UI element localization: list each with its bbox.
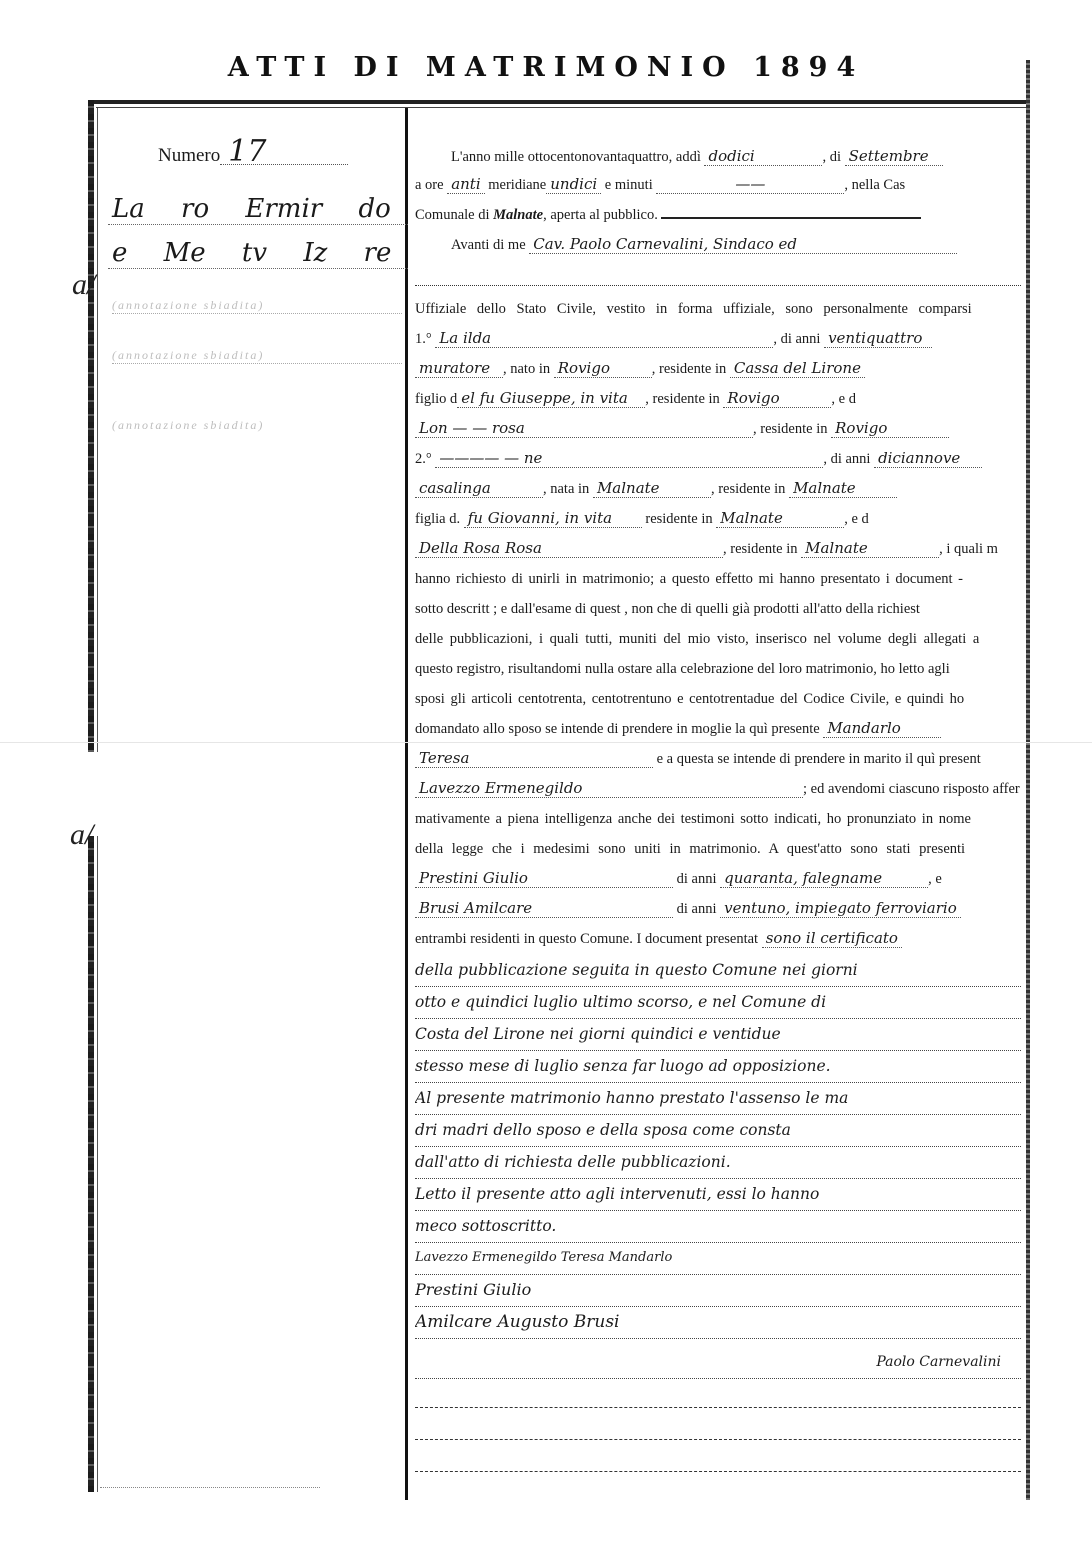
column-divider bbox=[405, 108, 408, 1500]
record-line: della legge che i medesimi sono uniti in… bbox=[415, 834, 1025, 864]
margin-names-line-2: e Me tv Iz re bbox=[108, 238, 408, 269]
printed-text: 2.° bbox=[415, 451, 432, 467]
margin-names-line-1: La ro Ermir do bbox=[108, 194, 408, 225]
record-line: Teresa e a questa se intende di prendere… bbox=[415, 744, 1025, 774]
record-line: Prestini Giulio di anni quaranta, falegn… bbox=[415, 864, 1025, 894]
printed-text: , e d bbox=[831, 391, 856, 407]
handwritten-father-residence: Malnate bbox=[716, 509, 844, 528]
margin-mark: a/ bbox=[72, 268, 95, 302]
frame-border-top-inner bbox=[96, 107, 1028, 108]
handwritten-month: Settembre bbox=[845, 147, 943, 166]
printed-text: e minuti bbox=[605, 177, 653, 193]
record-line: casalinga, nata in Malnate, residente in… bbox=[415, 474, 1025, 504]
printed-text: figlia d. bbox=[415, 511, 460, 527]
handwritten-groom-name: La ilda bbox=[435, 329, 773, 348]
printed-text: di anni bbox=[677, 901, 717, 917]
record-line: hanno richiesto di unirli in matrimonio;… bbox=[415, 564, 1025, 594]
printed-text: Comunale di bbox=[415, 207, 490, 223]
record-line: sotto descritt ; e dall'esame di quest ,… bbox=[415, 594, 1025, 624]
printed-text: , residente in bbox=[753, 421, 828, 437]
handwritten-documents: sono il certificato bbox=[762, 929, 902, 948]
handwritten-annotation-line: dall'atto di richiesta delle pubblicazio… bbox=[415, 1148, 1021, 1179]
handwritten-annotation-line: della pubblicazione seguita in questo Co… bbox=[415, 956, 1021, 987]
printed-text: di anni bbox=[677, 871, 717, 887]
faded-annotation: (annotazione sbiadita) bbox=[112, 418, 402, 433]
handwritten-groom-job: muratore bbox=[415, 359, 503, 378]
page-title: ATTI DI MATRIMONIO 1894 bbox=[0, 52, 1092, 83]
printed-text: , residente in bbox=[652, 361, 727, 377]
blank-line bbox=[415, 1438, 1021, 1440]
record-line: questo registro, risultandomi nulla osta… bbox=[415, 654, 1025, 684]
handwritten-groom-birthplace: Rovigo bbox=[554, 359, 652, 378]
printed-text: , aperta al pubblico. bbox=[543, 207, 658, 223]
record-number-value: 17 bbox=[220, 140, 348, 165]
faded-annotation: (annotazione sbiadita) bbox=[112, 348, 402, 364]
record-line: Lavezzo Ermenegildo; ed avendomi ciascun… bbox=[415, 774, 1025, 804]
record-line: delle pubblicazioni, i quali tutti, muni… bbox=[415, 624, 1025, 654]
handwritten-bride-mother: Della Rosa Rosa bbox=[415, 539, 723, 558]
printed-text: residente in bbox=[645, 511, 712, 527]
printed-text: figlio d bbox=[415, 391, 457, 407]
printed-text: , nella Cas bbox=[844, 177, 905, 193]
handwritten-mother-residence: Rovigo bbox=[831, 419, 949, 438]
town-name: Malnate bbox=[493, 207, 543, 223]
printed-text: , residente in bbox=[723, 541, 798, 557]
record-line: a ore anti meridianeundici e minuti ——, … bbox=[415, 170, 1025, 200]
handwritten-annotation-line: Letto il presente atto agli intervenuti,… bbox=[415, 1180, 1021, 1211]
handwritten-annotation-line: dri madri dello sposo e della sposa come… bbox=[415, 1116, 1021, 1147]
handwritten-groom-father: el fu Giuseppe, in vita bbox=[457, 389, 645, 408]
record-line: Brusi Amilcare di anni ventuno, impiegat… bbox=[415, 894, 1025, 924]
printed-text: , di bbox=[822, 149, 841, 165]
handwritten-bride-age: diciannove bbox=[874, 449, 982, 468]
record-line: entrambi residenti in questo Comune. I d… bbox=[415, 924, 1025, 954]
printed-text: , e bbox=[928, 871, 942, 887]
printed-text: e a questa se intende di prendere in mar… bbox=[657, 751, 981, 767]
handwritten-hour: undici bbox=[546, 175, 601, 194]
record-line: Avanti di me Cav. Paolo Carnevalini, Sin… bbox=[415, 230, 1025, 260]
record-line: Comunale di Malnate, aperta al pubblico. bbox=[415, 200, 1025, 230]
handwritten-witness-1-age-job: quaranta, falegname bbox=[720, 869, 928, 888]
handwritten-hour-period: anti bbox=[447, 175, 484, 194]
printed-text: , nato in bbox=[503, 361, 550, 377]
printed-text: a ore bbox=[415, 177, 444, 193]
fill-line bbox=[415, 285, 1021, 286]
record-line: figlia d. fu Giovanni, in vita residente… bbox=[415, 504, 1025, 534]
record-line: domandato allo sposo se intende di prend… bbox=[415, 714, 1025, 744]
handwritten-annotation-line: stesso mese di luglio senza far luogo ad… bbox=[415, 1052, 1021, 1083]
printed-text: , di anni bbox=[823, 451, 870, 467]
printed-text: , di anni bbox=[773, 331, 820, 347]
signature-officiant-line: Paolo Carnevalini bbox=[415, 1348, 1021, 1379]
record-line: muratore, nato in Rovigo, residente in C… bbox=[415, 354, 1025, 384]
faded-annotation: (annotazione sbiadita) bbox=[112, 298, 402, 314]
handwritten-minutes: —— bbox=[656, 175, 844, 194]
handwritten-mother-residence: Malnate bbox=[801, 539, 939, 558]
fill-line bbox=[661, 217, 921, 219]
record-line: Uffiziale dello Stato Civile, vestito in… bbox=[415, 294, 1025, 324]
handwritten-officiant: Cav. Paolo Carnevalini, Sindaco ed bbox=[529, 235, 957, 254]
record-line: sposi gli articoli centotrenta, centotre… bbox=[415, 684, 1025, 714]
record-line: Della Rosa Rosa, residente in Malnate, i… bbox=[415, 534, 1025, 564]
printed-text: , e d bbox=[844, 511, 869, 527]
printed-text: L'anno mille ottocentonovantaquattro, ad… bbox=[451, 149, 701, 165]
printed-text: , i quali m bbox=[939, 541, 998, 557]
printed-text: entrambi residenti in questo Comune. I d… bbox=[415, 931, 758, 947]
printed-text: meridiane bbox=[488, 177, 546, 193]
handwritten-groom-fullname: Lavezzo Ermenegildo bbox=[415, 779, 803, 798]
handwritten-day: dodici bbox=[704, 147, 822, 166]
record-line: L'anno mille ottocentonovantaquattro, ad… bbox=[415, 142, 1025, 172]
record-line: Lon — — rosa, residente in Rovigo bbox=[415, 414, 1025, 444]
handwritten-bride-residence: Malnate bbox=[789, 479, 897, 498]
handwritten-witness-1: Prestini Giulio bbox=[415, 869, 673, 888]
printed-text: Avanti di me bbox=[451, 237, 526, 253]
record-number: Numero17 bbox=[158, 140, 348, 167]
handwritten-father-residence: Rovigo bbox=[723, 389, 831, 408]
handwritten-annotation-line: Al presente matrimonio hanno prestato l'… bbox=[415, 1084, 1021, 1115]
record-line: mativamente a piena intelligenza anche d… bbox=[415, 804, 1025, 834]
signature-spouses: Lavezzo Ermenegildo Teresa Mandarlo bbox=[415, 1244, 1021, 1275]
handwritten-bride-firstname: Teresa bbox=[415, 749, 653, 768]
handwritten-bride-father: fu Giovanni, in vita bbox=[464, 509, 642, 528]
margin-mark: a/ bbox=[70, 818, 93, 852]
handwritten-groom-residence: Cassa del Lirone bbox=[730, 359, 865, 378]
record-line: figlio del fu Giuseppe, in vita, residen… bbox=[415, 384, 1025, 414]
handwritten-bride-job: casalinga bbox=[415, 479, 543, 498]
record-line: 1.° La ilda, di anni ventiquattro bbox=[415, 324, 1025, 354]
blank-line bbox=[415, 1406, 1021, 1408]
printed-text: , residente in bbox=[645, 391, 720, 407]
handwritten-annotation-line: otto e quindici luglio ultimo scorso, e … bbox=[415, 988, 1021, 1019]
handwritten-witness-2-age-job: ventuno, impiegato ferroviario bbox=[720, 899, 961, 918]
handwritten-annotation-line: meco sottoscritto. bbox=[415, 1212, 1021, 1243]
printed-text: ; ed avendomi ciascuno risposto affer bbox=[803, 781, 1020, 797]
blank-line bbox=[415, 1470, 1021, 1472]
record-number-label: Numero bbox=[158, 145, 220, 166]
signature-witness-1: Prestini Giulio bbox=[415, 1276, 1021, 1307]
signature-officiant: Paolo Carnevalini bbox=[876, 1348, 1001, 1376]
handwritten-witness-2: Brusi Amilcare bbox=[415, 899, 673, 918]
handwritten-groom-mother: Lon — — rosa bbox=[415, 419, 753, 438]
handwritten-annotation-line: Costa del Lirone nei giorni quindici e v… bbox=[415, 1020, 1021, 1051]
handwritten-bride-birthplace: Malnate bbox=[593, 479, 711, 498]
handwritten-bride-surname: Mandarlo bbox=[823, 719, 941, 738]
printed-text: 1.° bbox=[415, 331, 432, 347]
printed-text: , nata in bbox=[543, 481, 589, 497]
record-line: 2.° ———— — ne, di anni diciannove bbox=[415, 444, 1025, 474]
printed-text: , residente in bbox=[711, 481, 786, 497]
handwritten-bride-name: ———— — ne bbox=[435, 449, 823, 468]
bottom-margin-dots bbox=[100, 1487, 320, 1488]
printed-text: domandato allo sposo se intende di prend… bbox=[415, 721, 820, 737]
frame-border-top bbox=[88, 100, 1028, 104]
signature-witness-2: Amilcare Augusto Brusi bbox=[415, 1308, 1021, 1339]
handwritten-groom-age: ventiquattro bbox=[824, 329, 932, 348]
frame-border-right bbox=[1026, 60, 1030, 1500]
